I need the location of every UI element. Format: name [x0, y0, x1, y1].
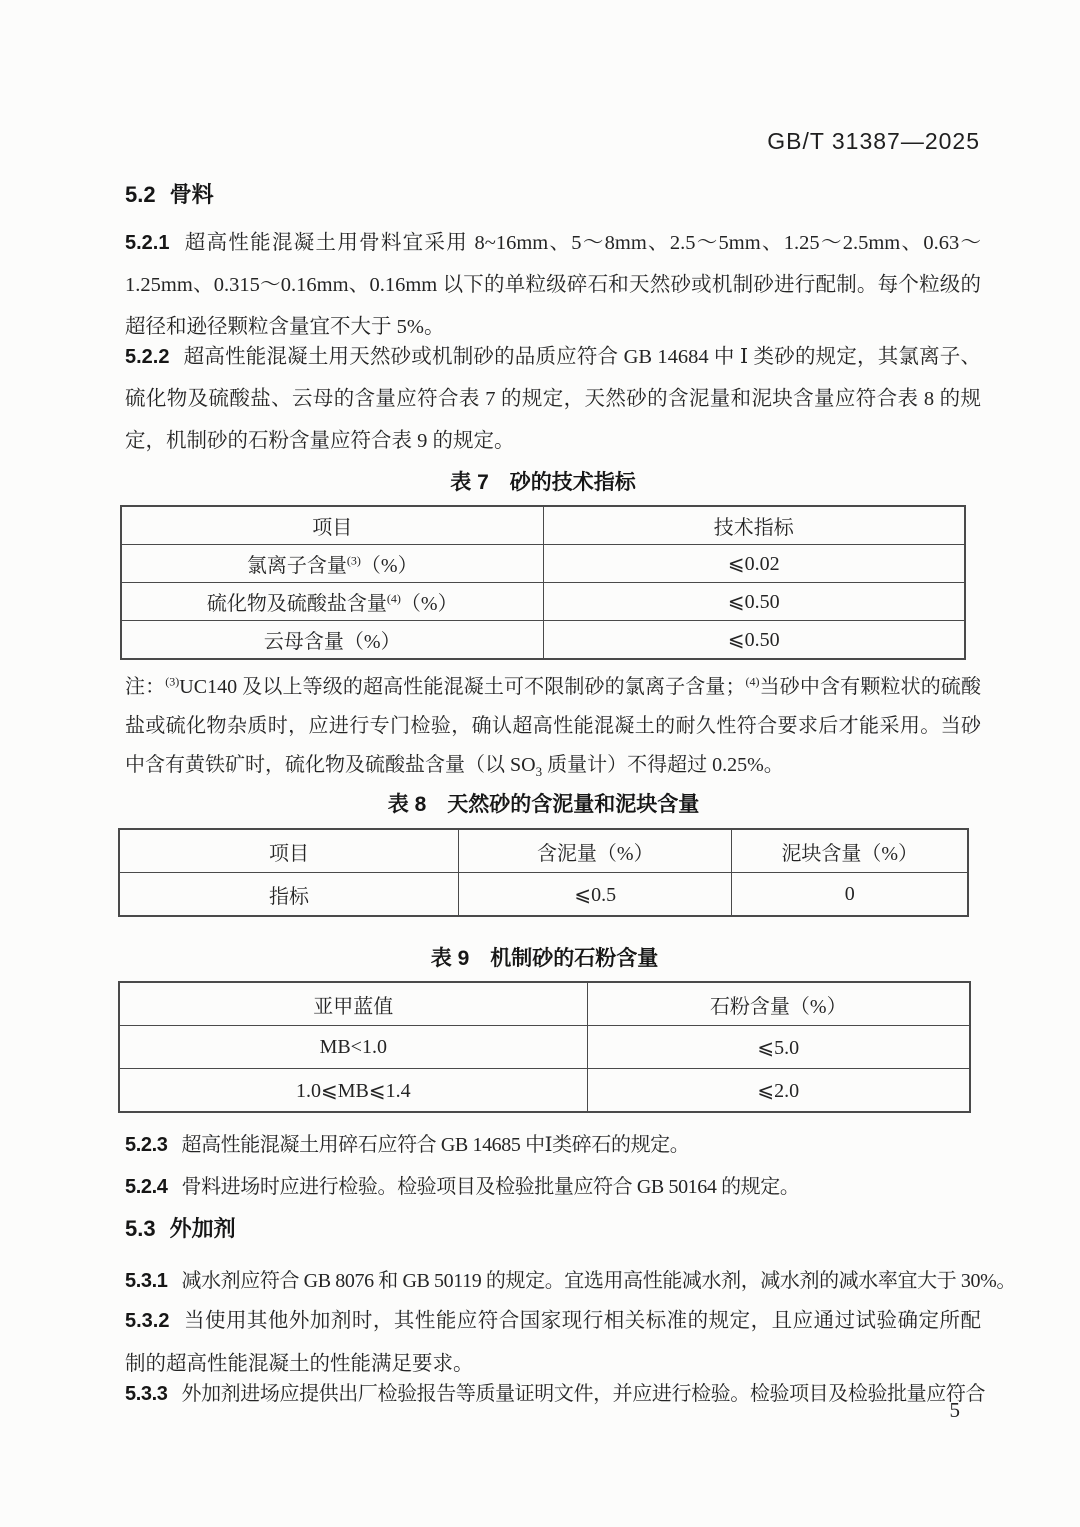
- clause-text: 减水剂应符合 GB 8076 和 GB 50119 的规定。宜选用高性能减水剂，…: [181, 1270, 1015, 1292]
- clause-text: 超高性能混凝土用天然砂或机制砂的品质应符合 GB 14684 中 Ⅰ 类砂的规定…: [125, 346, 981, 452]
- table-row: 云母含量（%） ⩽0.50: [121, 621, 965, 660]
- clause-5-3-1: 5.3.1减水剂应符合 GB 8076 和 GB 50119 的规定。宜选用高性…: [125, 1260, 981, 1302]
- clause-number: 5.2.4: [125, 1176, 167, 1198]
- clause-5-2-4: 5.2.4骨料进场时应进行检验。检验项目及检验批量应符合 GB 50164 的规…: [125, 1166, 981, 1208]
- footnote-marker: (4): [746, 674, 760, 688]
- table-cell: MB<1.0: [119, 1026, 587, 1069]
- table7-caption: 表 7 砂的技术指标: [120, 466, 966, 496]
- table-cell: 硫化物及硫酸盐含量(4)（%）: [121, 583, 543, 621]
- footnote-marker: (3): [165, 674, 179, 688]
- table-cell: ⩽0.5: [459, 873, 732, 917]
- clause-number: 5.3.1: [125, 1270, 167, 1292]
- table-row: 项目 技术指标: [121, 506, 965, 545]
- table7-note: 注：(3)UC140 及以上等级的超高性能混凝土可不限制砂的氯离子含量；(4)当…: [125, 668, 981, 785]
- table-header-cell: 项目: [119, 829, 459, 873]
- cell-unit: （%）: [401, 593, 458, 615]
- section-title: 骨料: [170, 182, 214, 207]
- document-page: GB/T 31387—2025 5.2骨料 5.2.1超高性能混凝土用骨料宜采用…: [0, 0, 1080, 1527]
- table9-caption: 表 9 机制砂的石粉含量: [118, 942, 971, 972]
- table-cell: 云母含量（%）: [121, 621, 543, 660]
- footnote-marker: (3): [347, 553, 361, 567]
- table7-sand-technical-indicators: 项目 技术指标 氯离子含量(3)（%） ⩽0.02 硫化物及硫酸盐含量(4)（%…: [120, 505, 966, 660]
- section-number: 5.2: [125, 182, 156, 207]
- table-cell: 氯离子含量(3)（%）: [121, 545, 543, 583]
- clause-5-2-1: 5.2.1超高性能混凝土用骨料宜采用 8~16mm、5～8mm、2.5～5mm、…: [125, 222, 981, 348]
- table-row: 1.0⩽MB⩽1.4 ⩽2.0: [119, 1069, 970, 1113]
- table9-manufactured-sand-stone-powder: 亚甲蓝值 石粉含量（%） MB<1.0 ⩽5.0 1.0⩽MB⩽1.4 ⩽2.0: [118, 981, 971, 1113]
- table-row: 氯离子含量(3)（%） ⩽0.02: [121, 545, 965, 583]
- clause-number: 5.3.2: [125, 1310, 169, 1332]
- note-text: 注：: [125, 676, 165, 698]
- table-cell: ⩽2.0: [587, 1069, 970, 1113]
- clause-text: 当使用其他外加剂时，其性能应符合国家现行相关标准的规定，且应通过试验确定所配制的…: [125, 1310, 981, 1375]
- table-cell: ⩽0.50: [543, 621, 965, 660]
- clause-number: 5.2.3: [125, 1134, 167, 1156]
- table-header-cell: 亚甲蓝值: [119, 982, 587, 1026]
- section-number: 5.3: [125, 1216, 156, 1241]
- clause-text: 骨料进场时应进行检验。检验项目及检验批量应符合 GB 50164 的规定。: [181, 1176, 799, 1198]
- table-header-cell: 技术指标: [543, 506, 965, 545]
- cell-unit: （%）: [361, 555, 418, 577]
- table8-natural-sand-clay-content: 项目 含泥量（%） 泥块含量（%） 指标 ⩽0.5 0: [118, 828, 969, 917]
- table-cell: ⩽5.0: [587, 1026, 970, 1069]
- table8-caption: 表 8 天然砂的含泥量和泥块含量: [118, 788, 969, 818]
- doc-code-header: GB/T 31387—2025: [767, 128, 980, 155]
- table-cell: 1.0⩽MB⩽1.4: [119, 1069, 587, 1113]
- footnote-marker: (4): [387, 591, 401, 605]
- clause-text: 超高性能混凝土用骨料宜采用 8~16mm、5～8mm、2.5～5mm、1.25～…: [125, 232, 981, 338]
- note-text: 质量计）不得超过 0.25%。: [542, 754, 784, 776]
- clause-text: 超高性能混凝土用碎石应符合 GB 14685 中Ⅰ类碎石的规定。: [181, 1134, 689, 1156]
- table-header-cell: 项目: [121, 506, 543, 545]
- table-row: MB<1.0 ⩽5.0: [119, 1026, 970, 1069]
- note-text: UC140 及以上等级的超高性能混凝土可不限制砂的氯离子含量；: [179, 676, 745, 698]
- section-title: 外加剂: [170, 1216, 236, 1241]
- table-row: 项目 含泥量（%） 泥块含量（%）: [119, 829, 968, 873]
- table-header-cell: 石粉含量（%）: [587, 982, 970, 1026]
- table-row: 亚甲蓝值 石粉含量（%）: [119, 982, 970, 1026]
- table-cell: ⩽0.02: [543, 545, 965, 583]
- table-header-cell: 泥块含量（%）: [732, 829, 968, 873]
- section-heading-5-3: 5.3外加剂: [125, 1212, 236, 1243]
- cell-text: 氯离子含量: [247, 555, 347, 577]
- table-row: 硫化物及硫酸盐含量(4)（%） ⩽0.50: [121, 583, 965, 621]
- table-cell: 0: [732, 873, 968, 917]
- table-row: 指标 ⩽0.5 0: [119, 873, 968, 917]
- table-cell: ⩽0.50: [543, 583, 965, 621]
- table-header-cell: 含泥量（%）: [459, 829, 732, 873]
- clause-5-2-3: 5.2.3超高性能混凝土用碎石应符合 GB 14685 中Ⅰ类碎石的规定。: [125, 1124, 981, 1166]
- section-heading-5-2: 5.2骨料: [125, 178, 214, 209]
- clause-number: 5.2.1: [125, 232, 169, 254]
- clause-number: 5.2.2: [125, 346, 169, 368]
- table-cell: 指标: [119, 873, 459, 917]
- page-number: 5: [0, 1398, 960, 1423]
- clause-5-2-2: 5.2.2超高性能混凝土用天然砂或机制砂的品质应符合 GB 14684 中 Ⅰ …: [125, 336, 981, 462]
- cell-text: 硫化物及硫酸盐含量: [207, 593, 387, 615]
